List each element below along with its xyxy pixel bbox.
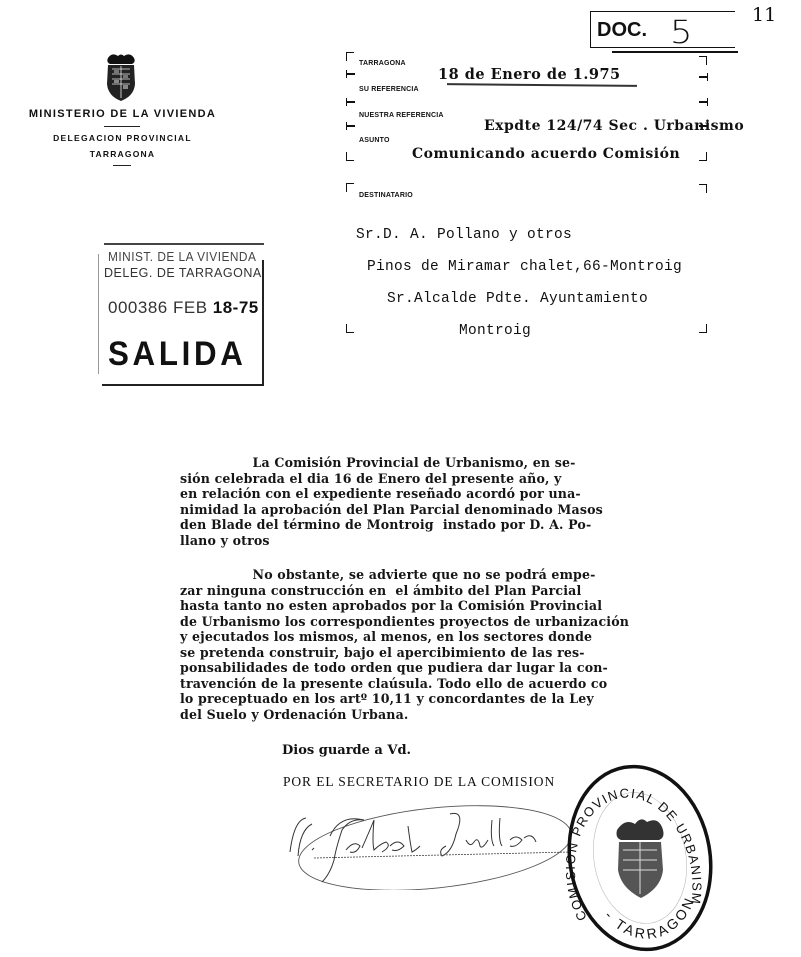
body-paragraph-2: No obstante, se advierte que no se podrá… bbox=[180, 567, 629, 722]
document-number-box: DOC. 5 bbox=[590, 11, 735, 48]
form-corner bbox=[699, 152, 707, 161]
label-place: TARRAGONA bbox=[359, 60, 406, 67]
label-your-reference: SU REFERENCIA bbox=[359, 86, 419, 93]
body-line: lo preceptuado en los artº 10,11 y conco… bbox=[180, 691, 629, 707]
body-line: ponsabilidades de todo orden que pudiera… bbox=[180, 660, 629, 676]
stamp-border bbox=[102, 384, 264, 386]
stamp-month: FEB bbox=[173, 298, 208, 317]
doc-number: 5 bbox=[670, 13, 692, 51]
closing-salutation: Dios guarde a Vd. bbox=[282, 743, 411, 758]
ministry-name: MINISTERIO DE LA VIVIENDA bbox=[15, 108, 230, 120]
label-subject: ASUNTO bbox=[359, 137, 390, 144]
body-line: den Blade del término de Montroig instad… bbox=[180, 517, 603, 533]
doc-label: DOC. bbox=[597, 19, 647, 42]
body-line: de Urbanismo los correspondientes proyec… bbox=[180, 614, 629, 630]
stamp-ministry: MINIST. DE LA VIVIENDA bbox=[108, 250, 256, 264]
divider bbox=[612, 51, 738, 53]
stamp-delegation: DELEG. DE TARRAGONA bbox=[104, 266, 262, 280]
stamp-register-entry: 000386 FEB 18-75 bbox=[108, 298, 259, 318]
body-line: nimidad la aprobación del Plan Parcial d… bbox=[180, 502, 603, 518]
form-corner bbox=[699, 56, 707, 65]
body-line: en relación con el expediente reseñado a… bbox=[180, 486, 603, 502]
subject-value: Comunicando acuerdo Comisión bbox=[412, 146, 680, 162]
body-line: sión celebrada el dia 16 de Enero del pr… bbox=[180, 471, 603, 487]
delegation-city: TARRAGONA bbox=[15, 149, 230, 159]
page-number: 11 bbox=[752, 4, 776, 26]
body-line: zar ninguna construcción en el ámbito de… bbox=[180, 583, 629, 599]
body-line: La Comisión Provincial de Urbanismo, en … bbox=[180, 455, 603, 471]
coat-of-arms-icon bbox=[617, 819, 664, 898]
stamp-border bbox=[98, 254, 99, 374]
divider bbox=[113, 165, 131, 166]
label-our-reference: NUESTRA REFERENCIA bbox=[359, 112, 444, 119]
our-reference-value: Expdte 124/74 Sec . Urbanismo bbox=[484, 118, 744, 134]
divider bbox=[104, 126, 140, 127]
form-corner bbox=[699, 184, 707, 193]
body-line: travención de la presente claúsula. Todo… bbox=[180, 676, 629, 692]
registry-stamp: MINIST. DE LA VIVIENDA DELEG. DE TARRAGO… bbox=[96, 240, 268, 388]
body-line: y ejecutados los mismos, al menos, en lo… bbox=[180, 629, 629, 645]
body-paragraph-1: La Comisión Provincial de Urbanismo, en … bbox=[180, 455, 603, 548]
recipient-line: Pinos de Miramar chalet,66-Montroig bbox=[367, 259, 682, 275]
coat-of-arms-icon bbox=[100, 52, 142, 102]
form-tick bbox=[346, 122, 355, 130]
form-tick bbox=[346, 70, 355, 78]
label-recipient: DESTINATARIO bbox=[359, 192, 413, 199]
body-line: hasta tanto no esten aprobados por la Co… bbox=[180, 598, 629, 614]
form-corner bbox=[346, 52, 354, 61]
form-tick bbox=[699, 98, 708, 106]
form-corner bbox=[346, 183, 354, 192]
body-line: No obstante, se advierte que no se podrá… bbox=[180, 567, 629, 583]
recipient-line: Sr.Alcalde Pdte. Ayuntamiento bbox=[387, 291, 648, 307]
recipient-line: Montroig bbox=[459, 323, 531, 339]
recipient-line: Sr.D. A. Pollano y otros bbox=[356, 227, 572, 243]
form-tick bbox=[699, 73, 708, 81]
delegation-name: DELEGACION PROVINCIAL bbox=[15, 133, 230, 143]
form-corner bbox=[346, 324, 354, 333]
body-line: llano y otros bbox=[180, 533, 603, 549]
stamp-border bbox=[262, 260, 264, 385]
stamp-border bbox=[104, 243, 264, 245]
body-line: del Suelo y Ordenación Urbana. bbox=[180, 707, 629, 723]
stamp-date: 18-75 bbox=[213, 298, 259, 317]
form-corner bbox=[346, 152, 354, 161]
form-tick bbox=[346, 98, 355, 106]
stamp-type: SALIDA bbox=[108, 335, 247, 374]
signatory-line: POR EL SECRETARIO DE LA COMISION bbox=[283, 774, 555, 790]
stamp-reg-number: 000386 bbox=[108, 298, 168, 317]
body-line: se pretenda construir, bajo el apercibim… bbox=[180, 645, 629, 661]
form-corner bbox=[699, 324, 707, 333]
commission-seal: COMISION PROVINCIAL DE URBANISMO - TARRA… bbox=[555, 758, 725, 957]
letter-date: 18 de Enero de 1.975 bbox=[438, 66, 621, 83]
date-underline bbox=[447, 83, 637, 86]
